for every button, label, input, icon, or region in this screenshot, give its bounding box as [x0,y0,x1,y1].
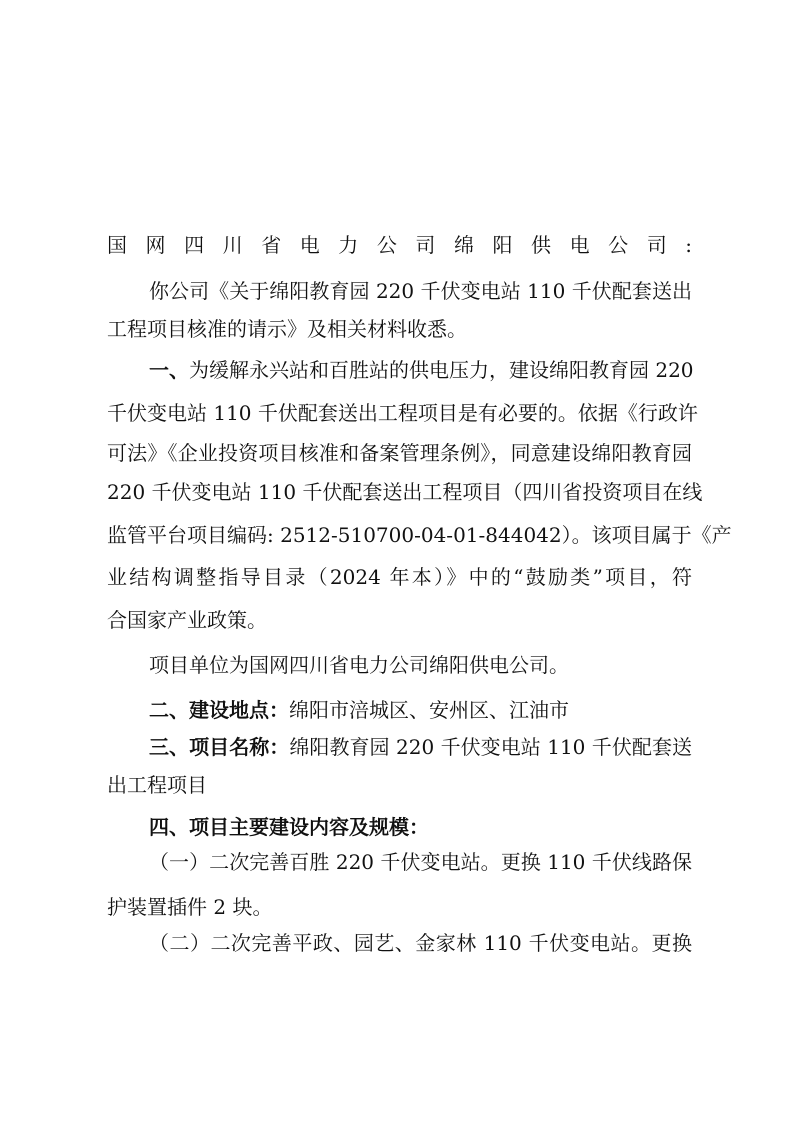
section-1-text: 业结构调整指导目录（2024 年本）》中的“鼓励类”项目，符 [107,565,692,589]
section-1-line-1: 一、为缓解永兴站和百胜站的供电压力，建设绵阳教育园 220 [149,355,692,385]
item-2-line-1: （二）二次完善平政、园艺、金家林 110 千伏变电站。更换 [149,928,692,958]
section-2-line: 二、建设地点：绵阳市涪城区、安州区、江油市 [149,695,692,725]
project-unit-line: 项目单位为国网四川省电力公司绵阳供电公司。 [149,650,692,680]
item-1-line-1: （一）二次完善百胜 220 千伏变电站。更换 110 千伏线路保 [149,847,692,877]
section-1-line-7: 合国家产业政策。 [107,605,692,635]
intro-line-1: 你公司《关于绵阳教育园 220 千伏变电站 110 千伏配套送出 [149,276,692,306]
item-1-text: （一）二次完善百胜 220 千伏变电站。更换 110 千伏线路保 [149,850,692,874]
section-1-text: 合国家产业政策。 [107,608,267,632]
section-2-heading: 二、建设地点： [149,698,289,722]
section-1-text: 监管平台项目编码: 2512-510700-04-01-844042）。该项目属… [107,523,732,547]
item-1-line-2: 护装置插件 2 块。 [107,892,692,922]
addressee-line: 国网四川省电力公司绵阳供电公司: [107,230,692,260]
section-1-line-5: 监管平台项目编码: 2512-510700-04-01-844042）。该项目属… [107,520,692,550]
addressee: 国网四川省电力公司绵阳供电公司: [107,233,692,257]
section-2-text: 绵阳市涪城区、安州区、江油市 [289,698,569,722]
section-3-heading: 三、项目名称： [149,735,289,759]
section-1-line-6: 业结构调整指导目录（2024 年本）》中的“鼓励类”项目，符 [107,562,692,592]
section-1-text: 千伏变电站 110 千伏配套送出工程项目是有必要的。依据《行政许 [107,401,698,425]
intro-text: 工程项目核准的请示》及相关材料收悉。 [107,317,467,341]
section-3-line-2: 出工程项目 [107,770,692,800]
section-1-text: 220 千伏变电站 110 千伏配套送出工程项目（四川省投资项目在线 [107,480,702,504]
section-3-text: 绵阳教育园 220 千伏变电站 110 千伏配套送 [289,735,692,759]
section-1-text: 可法》《企业投资项目核准和备案管理条例》，同意建设绵阳教育园 [107,441,692,465]
document-page: 国网四川省电力公司绵阳供电公司: 你公司《关于绵阳教育园 220 千伏变电站 1… [0,0,793,1122]
item-1-text: 护装置插件 2 块。 [107,895,272,919]
section-1-heading: 一、 [149,358,189,382]
section-3-text: 出工程项目 [107,773,207,797]
intro-line-2: 工程项目核准的请示》及相关材料收悉。 [107,314,692,344]
section-1-line-2: 千伏变电站 110 千伏配套送出工程项目是有必要的。依据《行政许 [107,398,692,428]
section-4-heading: 四、项目主要建设内容及规模： [149,815,429,839]
section-4-heading-line: 四、项目主要建设内容及规模： [149,812,692,842]
section-1-line-4: 220 千伏变电站 110 千伏配套送出工程项目（四川省投资项目在线 [107,477,692,507]
intro-text: 你公司《关于绵阳教育园 220 千伏变电站 110 千伏配套送出 [149,279,692,303]
project-unit-text: 项目单位为国网四川省电力公司绵阳供电公司。 [149,653,569,677]
item-2-text: （二）二次完善平政、园艺、金家林 110 千伏变电站。更换 [149,931,692,955]
section-1-text: 为缓解永兴站和百胜站的供电压力，建设绵阳教育园 220 [189,358,694,382]
section-3-line-1: 三、项目名称：绵阳教育园 220 千伏变电站 110 千伏配套送 [149,732,692,762]
section-1-line-3: 可法》《企业投资项目核准和备案管理条例》，同意建设绵阳教育园 [107,438,692,468]
